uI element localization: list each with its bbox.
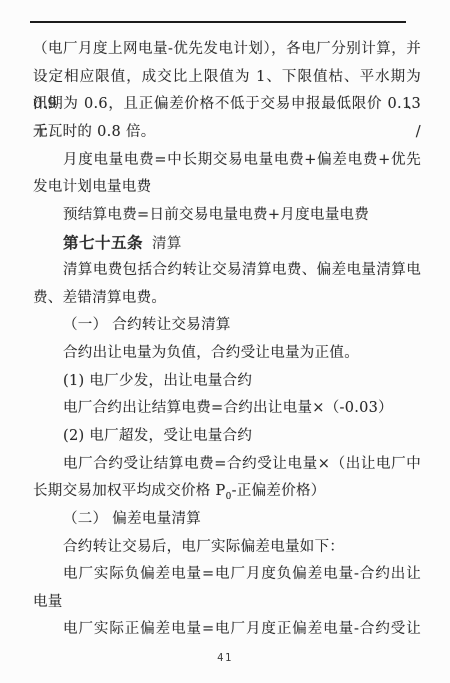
article-heading-line: 第七十五条清算 xyxy=(33,229,421,257)
text-line: 预结算电费=日前交易电量电费+月度电量电费 xyxy=(33,202,421,230)
text-body: （电厂月度上网电量-优先发电计划），各电厂分别计算，并设定相应限值，成交比上限值… xyxy=(33,36,421,644)
article-title: 清算 xyxy=(152,236,182,252)
text-line: 汛期为 0.6，且正偏差价格不低于交易申报最低限价 0.13 元/ xyxy=(33,91,421,119)
document-page: （电厂月度上网电量-优先发电计划），各电厂分别计算，并设定相应限值，成交比上限值… xyxy=(0,0,450,683)
text-line: 清算电费包括合约转让交易清算电费、偏差电量清算电 xyxy=(33,257,421,285)
text-line: 电厂合约出让结算电费=合约出让电量×（-0.03） xyxy=(33,395,421,423)
text-line: 合约转让交易后，电厂实际偏差电量如下： xyxy=(33,534,421,562)
text-line: 电厂合约受让结算电费=合约受让电量×（出让电厂中 xyxy=(33,451,421,479)
header-rule xyxy=(30,21,406,23)
text-line: 电量 xyxy=(33,589,421,617)
text-line: 电厂实际正偏差电量=电厂月度正偏差电量-合约受让 xyxy=(33,616,421,644)
text-line: （一） 合约转让交易清算 xyxy=(33,312,421,340)
text-line: 月度电量电费=中长期交易电量电费+偏差电费+优先 xyxy=(33,147,421,175)
text-line: 合约出让电量为负值，合约受让电量为正值。 xyxy=(33,340,421,368)
text-line: 电厂实际负偏差电量=电厂月度负偏差电量-合约出让 xyxy=(33,561,421,589)
text-line: 长期交易加权平均成交价格 P0-正偏差价格） xyxy=(33,478,421,506)
text-line: 费、差错清算电费。 xyxy=(33,285,421,313)
text-line: 发电计划电量电费 xyxy=(33,174,421,202)
text-line: (1) 电厂少发，出让电量合约 xyxy=(33,368,421,396)
article-number: 第七十五条 xyxy=(63,233,143,252)
page-number: 41 xyxy=(0,652,450,664)
text-line: （电厂月度上网电量-优先发电计划），各电厂分别计算，并 xyxy=(33,36,421,64)
text-line: （二） 偏差电量清算 xyxy=(33,506,421,534)
text-line: 设定相应限值，成交比上限值为 1、下限值枯、平水期为 0.9、 xyxy=(33,64,421,92)
text-line: (2) 电厂超发，受让电量合约 xyxy=(33,423,421,451)
